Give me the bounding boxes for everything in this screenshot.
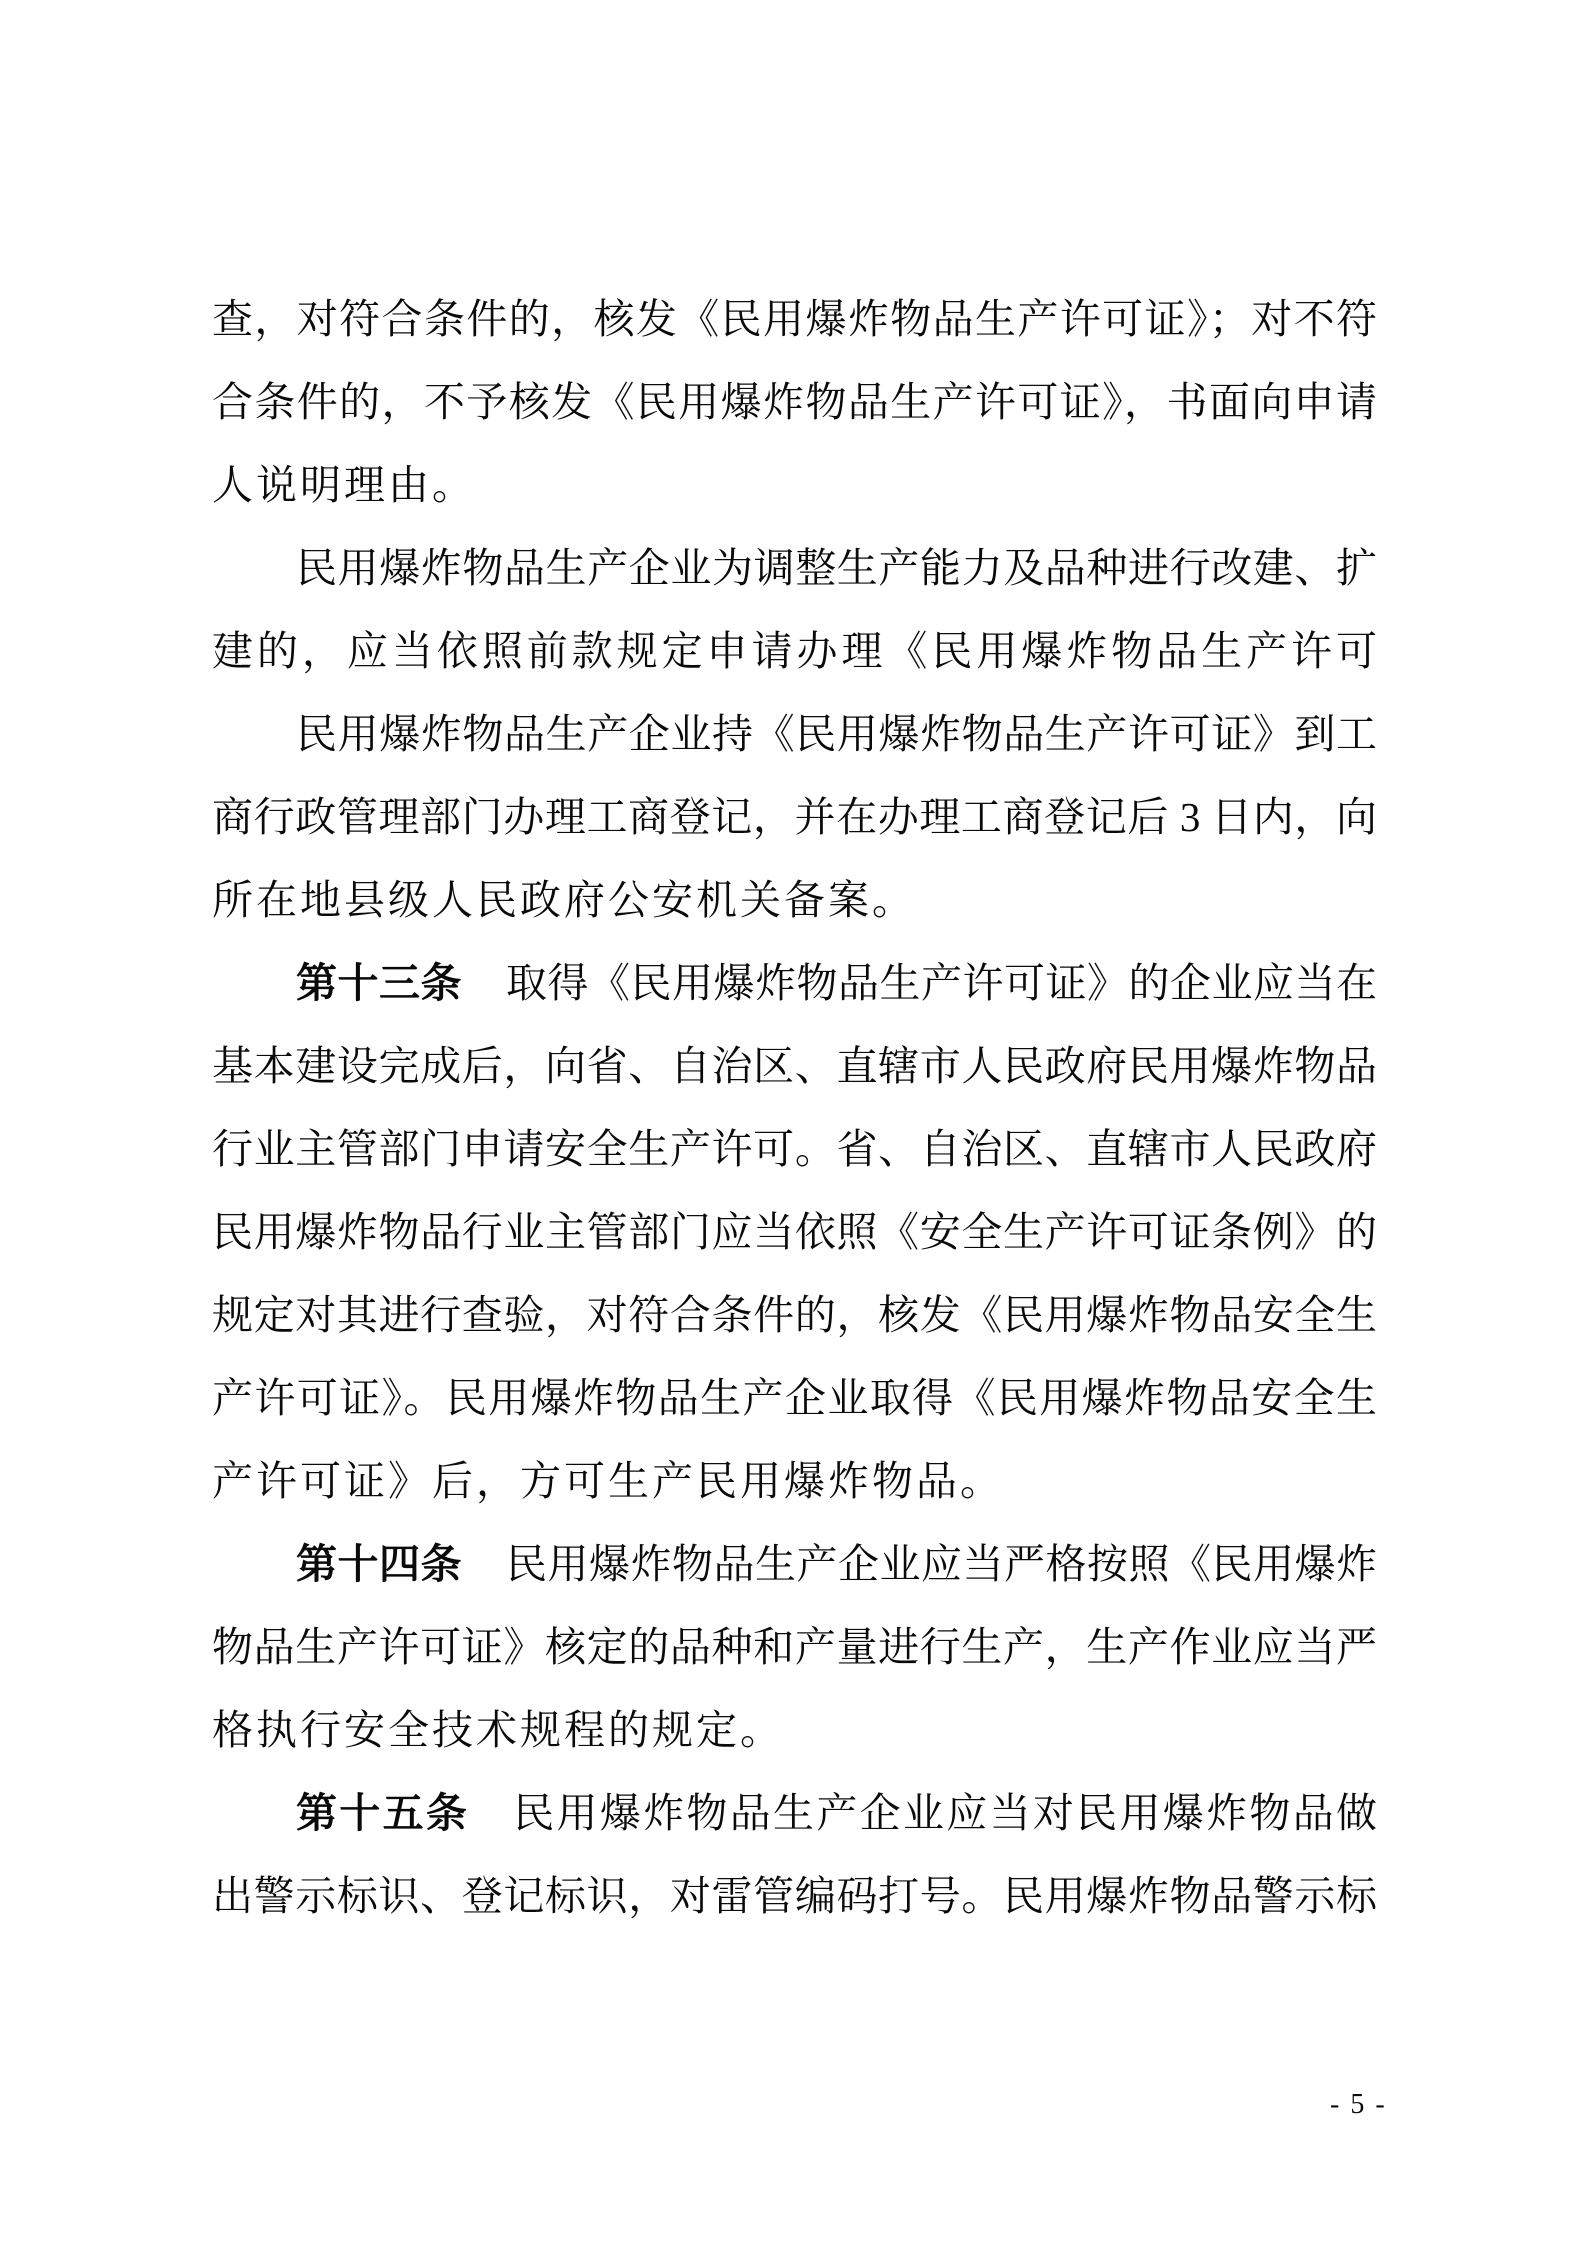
text-line: 基本建设完成后，向省、自治区、直辖市人民政府民用爆炸物品 <box>212 1025 1377 1108</box>
text-line: 合条件的，不予核发《民用爆炸物品生产许可证》，书面向申请 <box>212 361 1377 444</box>
article-number: 第十三条 <box>296 960 462 1006</box>
text-line: 第十五条民用爆炸物品生产企业应当对民用爆炸物品做 <box>212 1772 1377 1855</box>
text-line: 规定对其进行查验，对符合条件的，核发《民用爆炸物品安全生 <box>212 1274 1377 1357</box>
page-number: - 5 - <box>1330 2087 1387 2123</box>
text-line: 第十四条民用爆炸物品生产企业应当严格按照《民用爆炸 <box>212 1523 1377 1606</box>
text-line: 人说明理由。 <box>212 444 1377 527</box>
text-line: 民用爆炸物品生产企业为调整生产能力及品种进行改建、扩 <box>212 527 1377 610</box>
article-number: 第十四条 <box>296 1541 462 1587</box>
text-line: 格执行安全技术规程的规定。 <box>212 1689 1377 1772</box>
text-line: 建的，应当依照前款规定申请办理《民用爆炸物品生产许可证》。 <box>212 610 1377 693</box>
article-number: 第十五条 <box>296 1790 469 1836</box>
text-line: 民用爆炸物品行业主管部门应当依照《安全生产许可证条例》的 <box>212 1191 1377 1274</box>
text-line: 第十三条取得《民用爆炸物品生产许可证》的企业应当在 <box>212 942 1377 1025</box>
text-line: 商行政管理部门办理工商登记，并在办理工商登记后 3 日内，向 <box>212 776 1377 859</box>
text-line: 所在地县级人民政府公安机关备案。 <box>212 859 1377 942</box>
document-body: 查，对符合条件的，核发《民用爆炸物品生产许可证》；对不符合条件的，不予核发《民用… <box>212 278 1377 1938</box>
text-line: 产许可证》。民用爆炸物品生产企业取得《民用爆炸物品安全生 <box>212 1357 1377 1440</box>
text-line: 物品生产许可证》核定的品种和产量进行生产，生产作业应当严 <box>212 1606 1377 1689</box>
text-line: 查，对符合条件的，核发《民用爆炸物品生产许可证》；对不符 <box>212 278 1377 361</box>
text-line: 出警示标识、登记标识，对雷管编码打号。民用爆炸物品警示标 <box>212 1855 1377 1938</box>
text-line: 产许可证》后，方可生产民用爆炸物品。 <box>212 1440 1377 1523</box>
text-line: 民用爆炸物品生产企业持《民用爆炸物品生产许可证》到工 <box>212 693 1377 776</box>
text-line: 行业主管部门申请安全生产许可。省、自治区、直辖市人民政府 <box>212 1108 1377 1191</box>
document-page: 查，对符合条件的，核发《民用爆炸物品生产许可证》；对不符合条件的，不予核发《民用… <box>0 0 1587 2245</box>
